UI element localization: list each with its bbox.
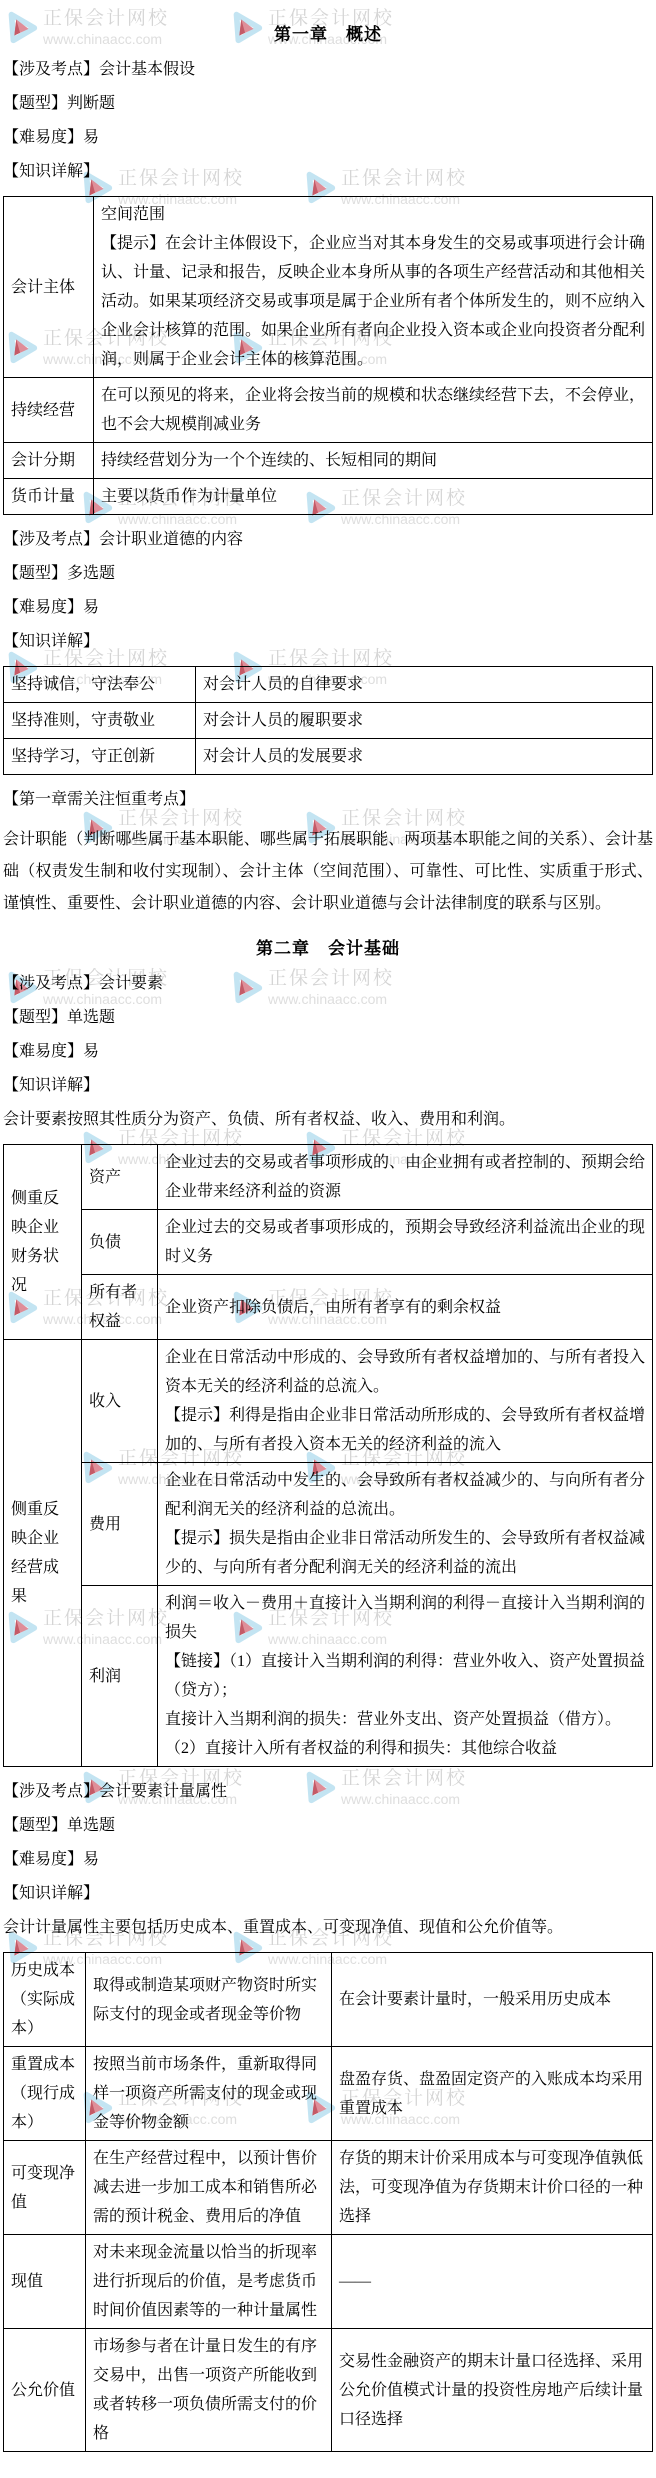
row-value: 在可以预见的将来，企业将会按当前的规模和状态继续经营下去，不会停业，也不会大规模…	[94, 378, 653, 443]
row-label: 所有者权益	[82, 1275, 158, 1340]
row-label: 资产	[82, 1145, 158, 1210]
chapter1-focus-body: 会计职能（判断哪些属于基本职能、哪些属于拓展职能、两项基本职能之间的关系）、会计…	[3, 824, 653, 920]
table-row: 会计主体 空间范围 【提示】在会计主体假设下，企业应当对其本身发生的交易或事项进…	[4, 197, 653, 378]
row-label: 货币计量	[4, 479, 94, 515]
measurement-attributes-table: 历史成本 （实际成本） 取得或制造某项财产物资时所实际支付的现金或者现金等价物 …	[3, 1952, 653, 2452]
table-row: 所有者权益 企业资产扣除负债后，由所有者享有的剩余权益	[4, 1275, 653, 1340]
chapter1-title: 第一章 概述	[3, 20, 653, 45]
row-label: 会计主体	[4, 197, 94, 378]
table-row: 侧重反映企业经营成果 收入 企业在日常活动中形成的、会导致所有者权益增加的、与所…	[4, 1340, 653, 1463]
table-row: 持续经营 在可以预见的将来，企业将会按当前的规模和状态继续经营下去，不会停业，也…	[4, 378, 653, 443]
row-value: 利润＝收入－费用＋直接计入当期利润的利得－直接计入当期利润的损失 【链接】（1）…	[158, 1586, 653, 1767]
chapter2-title: 第二章 会计基础	[3, 934, 653, 959]
exam-point-line: 【涉及考点】会计基本假设	[3, 60, 653, 79]
table-row: 可变现净值 在生产经营过程中，以预计售价减去进一步加工成本和销售所必需的预计税金…	[4, 2141, 653, 2235]
knowledge-detail-label: 【知识详解】	[3, 162, 653, 181]
question-type-line: 【题型】多选题	[3, 564, 653, 583]
row-label: 公允价值	[4, 2329, 86, 2452]
question-type-line: 【题型】单选题	[3, 1816, 653, 1835]
row-value: 对会计人员的自律要求	[196, 667, 653, 703]
row-value: 空间范围 【提示】在会计主体假设下，企业应当对其本身发生的交易或事项进行会计确认…	[94, 197, 653, 378]
knowledge-detail-label: 【知识详解】	[3, 1076, 653, 1095]
question-type-line: 【题型】单选题	[3, 1008, 653, 1027]
row-label: 持续经营	[4, 378, 94, 443]
row-note: 在会计要素计量时，一般采用历史成本	[332, 1953, 653, 2047]
row-label: 现值	[4, 2235, 86, 2329]
row-label: 可变现净值	[4, 2141, 86, 2235]
group-label: 侧重反映企业财务状况	[4, 1145, 82, 1340]
row-note: 交易性金融资产的期末计量口径选择、采用公允价值模式计量的投资性房地产后续计量口径…	[332, 2329, 653, 2452]
row-value: 按照当前市场条件，重新取得同样一项资产所需支付的现金或现金等价物金额	[86, 2047, 332, 2141]
row-label: 收入	[82, 1340, 158, 1463]
table-row: 负债 企业过去的交易或者事项形成的，预期会导致经济利益流出企业的现时义务	[4, 1210, 653, 1275]
exam-point-line: 【涉及考点】会计要素计量属性	[3, 1782, 653, 1801]
row-label: 负债	[82, 1210, 158, 1275]
row-label: 利润	[82, 1586, 158, 1767]
table-row: 现值 对未来现金流量以恰当的折现率进行折现后的价值，是考虑货币时间价值因素等的一…	[4, 2235, 653, 2329]
row-value: 在生产经营过程中，以预计售价减去进一步加工成本和销售所必需的预计税金、费用后的净…	[86, 2141, 332, 2235]
row-label: 重置成本 （现行成本）	[4, 2047, 86, 2141]
row-value: 持续经营划分为一个个连续的、长短相同的期间	[94, 443, 653, 479]
row-value: 企业资产扣除负债后，由所有者享有的剩余权益	[158, 1275, 653, 1340]
question-type-line: 【题型】判断题	[3, 94, 653, 113]
table-row: 坚持诚信，守法奉公 对会计人员的自律要求	[4, 667, 653, 703]
row-value: 企业在日常活动中形成的、会导致所有者权益增加的、与所有者投入资本无关的经济利益的…	[158, 1340, 653, 1463]
difficulty-line: 【难易度】易	[3, 1850, 653, 1869]
row-value: 企业过去的交易或者事项形成的、由企业拥有或者控制的、预期会给企业带来经济利益的资…	[158, 1145, 653, 1210]
row-value: 市场参与者在计量日发生的有序交易中，出售一项资产所能收到或者转移一项负债所需支付…	[86, 2329, 332, 2452]
row-label: 坚持学习，守正创新	[4, 739, 196, 775]
measurement-intro-line: 会计计量属性主要包括历史成本、重置成本、可变现净值、现值和公允价值等。	[3, 1918, 653, 1937]
row-note: ——	[332, 2235, 653, 2329]
table-row: 重置成本 （现行成本） 按照当前市场条件，重新取得同样一项资产所需支付的现金或现…	[4, 2047, 653, 2141]
table-row: 公允价值 市场参与者在计量日发生的有序交易中，出售一项资产所能收到或者转移一项负…	[4, 2329, 653, 2452]
table-row: 费用 企业在日常活动中发生的、会导致所有者权益减少的、与向所有者分配利润无关的经…	[4, 1463, 653, 1586]
table-row: 坚持学习，守正创新 对会计人员的发展要求	[4, 739, 653, 775]
knowledge-detail-label: 【知识详解】	[3, 632, 653, 651]
row-label: 费用	[82, 1463, 158, 1586]
professional-ethics-table: 坚持诚信，守法奉公 对会计人员的自律要求 坚持准则，守责敬业 对会计人员的履职要…	[3, 666, 653, 775]
chapter1-focus-heading: 【第一章需关注恒重考点】	[3, 790, 653, 809]
row-label: 会计分期	[4, 443, 94, 479]
difficulty-line: 【难易度】易	[3, 598, 653, 617]
exam-point-line: 【涉及考点】会计职业道德的内容	[3, 530, 653, 549]
group-label: 侧重反映企业经营成果	[4, 1340, 82, 1767]
row-label: 坚持诚信，守法奉公	[4, 667, 196, 703]
row-note: 盘盈存货、盘盈固定资产的入账成本均采用重置成本	[332, 2047, 653, 2141]
table-row: 货币计量 主要以货币作为计量单位	[4, 479, 653, 515]
table-row: 侧重反映企业财务状况 资产 企业过去的交易或者事项形成的、由企业拥有或者控制的、…	[4, 1145, 653, 1210]
row-label: 历史成本 （实际成本）	[4, 1953, 86, 2047]
exam-point-line: 【涉及考点】会计要素	[3, 974, 653, 993]
difficulty-line: 【难易度】易	[3, 128, 653, 147]
table-row: 利润 利润＝收入－费用＋直接计入当期利润的利得－直接计入当期利润的损失 【链接】…	[4, 1586, 653, 1767]
elements-intro-line: 会计要素按照其性质分为资产、负债、所有者权益、收入、费用和利润。	[3, 1110, 653, 1129]
row-value: 对会计人员的发展要求	[196, 739, 653, 775]
row-value: 对会计人员的履职要求	[196, 703, 653, 739]
table-row: 历史成本 （实际成本） 取得或制造某项财产物资时所实际支付的现金或者现金等价物 …	[4, 1953, 653, 2047]
row-value: 取得或制造某项财产物资时所实际支付的现金或者现金等价物	[86, 1953, 332, 2047]
knowledge-detail-label: 【知识详解】	[3, 1884, 653, 1903]
document-page: 正保会计网校www.chinaacc.com正保会计网校www.chinaacc…	[0, 0, 656, 2478]
row-label: 坚持准则，守责敬业	[4, 703, 196, 739]
row-value: 企业过去的交易或者事项形成的，预期会导致经济利益流出企业的现时义务	[158, 1210, 653, 1275]
row-value: 企业在日常活动中发生的、会导致所有者权益减少的、与向所有者分配利润无关的经济利益…	[158, 1463, 653, 1586]
row-value: 主要以货币作为计量单位	[94, 479, 653, 515]
row-note: 存货的期末计价采用成本与可变现净值孰低法，可变现净值为存货期末计价口径的一种选择	[332, 2141, 653, 2235]
table-row: 会计分期 持续经营划分为一个个连续的、长短相同的期间	[4, 443, 653, 479]
table-row: 坚持准则，守责敬业 对会计人员的履职要求	[4, 703, 653, 739]
row-value: 对未来现金流量以恰当的折现率进行折现后的价值，是考虑货币时间价值因素等的一种计量…	[86, 2235, 332, 2329]
accounting-elements-table: 侧重反映企业财务状况 资产 企业过去的交易或者事项形成的、由企业拥有或者控制的、…	[3, 1144, 653, 1767]
difficulty-line: 【难易度】易	[3, 1042, 653, 1061]
accounting-assumptions-table: 会计主体 空间范围 【提示】在会计主体假设下，企业应当对其本身发生的交易或事项进…	[3, 196, 653, 515]
